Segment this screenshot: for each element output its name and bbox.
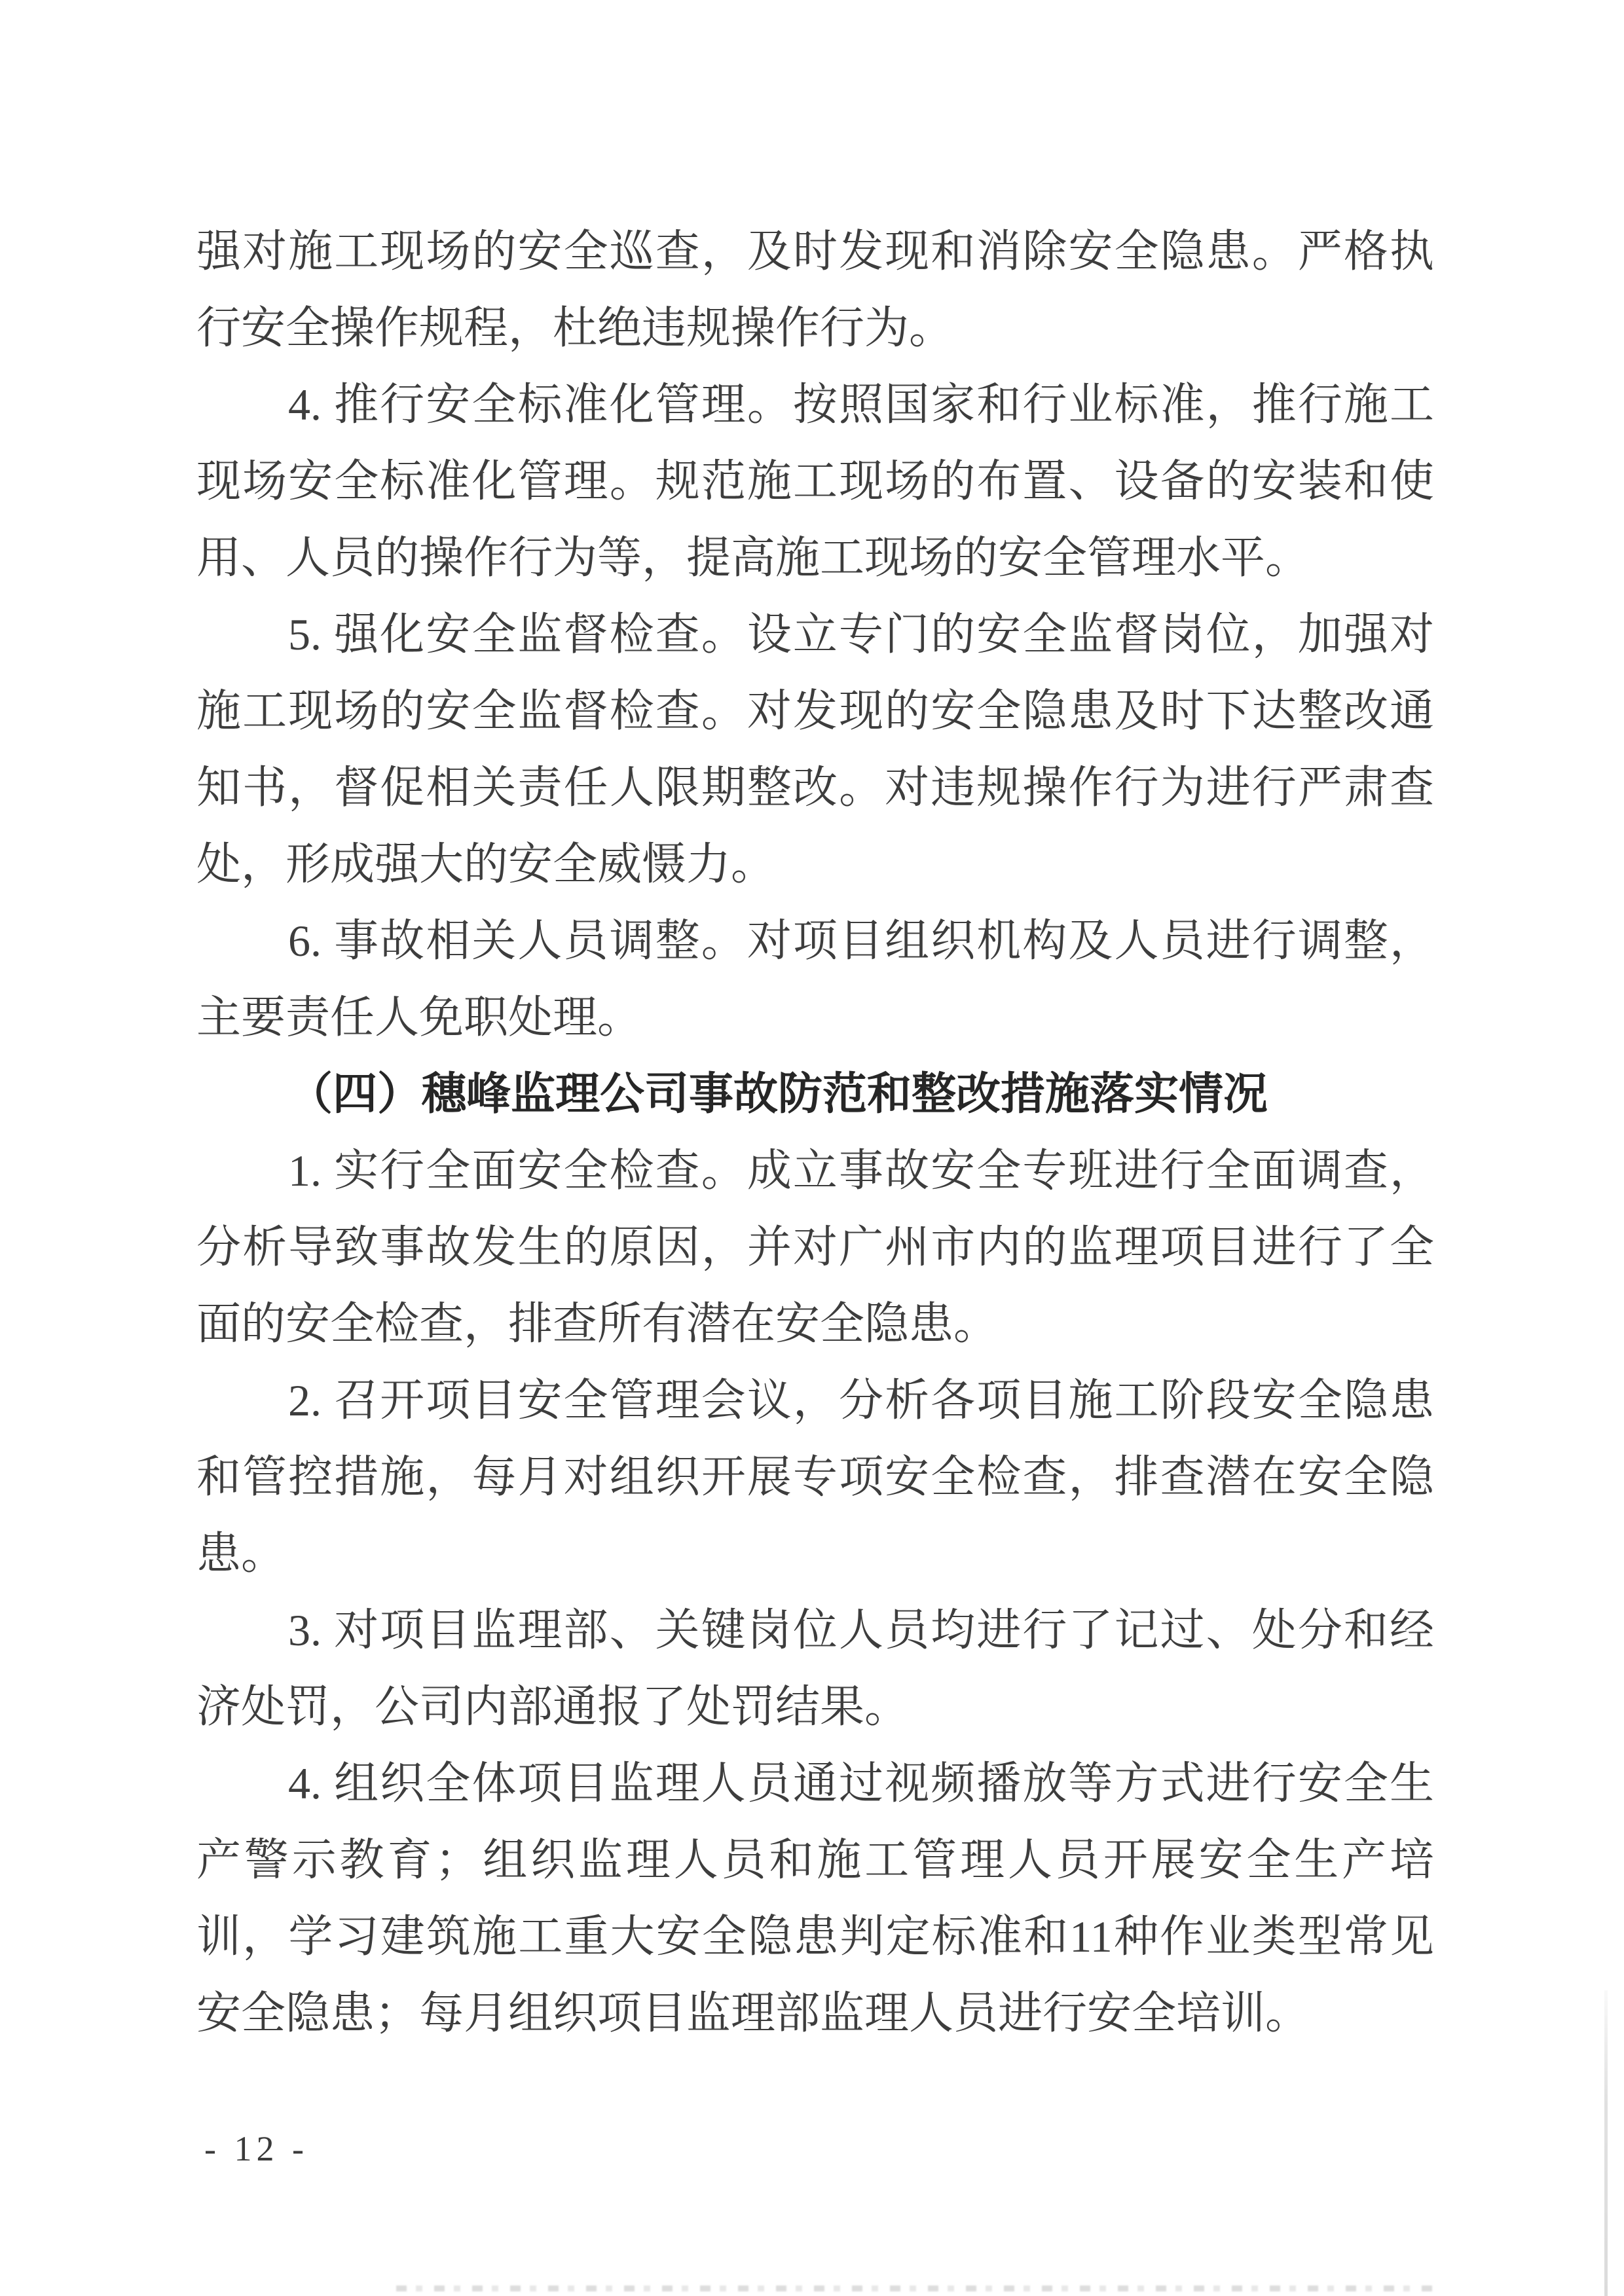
text-line-2: 行安全操作规程，杜绝违规操作行为。 [196,290,1434,367]
text-line-22: 产警示教育；组织监理人员和施工管理人员开展安全生产培 [196,1822,1434,1899]
text-line-1: 强对施工现场的安全巡查，及时发现和消除安全隐患。严格执 [196,213,1434,290]
text-line-11: 主要责任人免职处理。 [196,979,1434,1056]
text-line-10: 6. 事故相关人员调整。对项目组织机构及人员进行调整， [196,903,1434,979]
text-line-20: 济处罚，公司内部通报了处罚结果。 [196,1669,1434,1745]
text-line-24: 安全隐患；每月组织项目监理部监理人员进行安全培训。 [196,1975,1434,2052]
scan-edge-line-artifact [1604,1990,1608,2296]
text-line-5: 用、人员的操作行为等，提高施工现场的安全管理水平。 [196,520,1434,596]
document-text-block: 强对施工现场的安全巡查，及时发现和消除安全隐患。严格执行安全操作规程，杜绝违规操… [196,213,1434,2052]
text-line-8: 知书，督促相关责任人限期整改。对违规操作行为进行严肃查 [196,750,1434,826]
text-line-23: 训，学习建筑施工重大安全隐患判定标准和11种作业类型常见 [196,1899,1434,1975]
text-line-12: （四）穗峰监理公司事故防范和整改措施落实情况 [196,1056,1434,1133]
document-page: 强对施工现场的安全巡查，及时发现和消除安全隐患。严格执行安全操作规程，杜绝违规操… [0,0,1624,2296]
text-line-3: 4. 推行安全标准化管理。按照国家和行业标准，推行施工 [196,367,1434,443]
page-number: - 12 - [204,2129,308,2168]
text-line-14: 分析导致事故发生的原因，并对广州市内的监理项目进行了全 [196,1209,1434,1286]
text-line-13: 1. 实行全面安全检查。成立事故安全专班进行全面调查， [196,1133,1434,1209]
text-line-19: 3. 对项目监理部、关键岗位人员均进行了记过、处分和经 [196,1592,1434,1669]
text-line-7: 施工现场的安全监督检查。对发现的安全隐患及时下达整改通 [196,673,1434,750]
text-line-9: 处，形成强大的安全威慑力。 [196,826,1434,903]
scan-bleed-artifact [396,2286,1434,2291]
text-line-6: 5. 强化安全监督检查。设立专门的安全监督岗位，加强对 [196,596,1434,673]
text-line-4: 现场安全标准化管理。规范施工现场的布置、设备的安装和使 [196,443,1434,520]
text-line-16: 2. 召开项目安全管理会议，分析各项目施工阶段安全隐患 [196,1362,1434,1439]
text-line-17: 和管控措施，每月对组织开展专项安全检查，排查潜在安全隐 [196,1439,1434,1516]
text-line-15: 面的安全检查，排查所有潜在安全隐患。 [196,1286,1434,1362]
text-line-18: 患。 [196,1516,1434,1592]
text-line-21: 4. 组织全体项目监理人员通过视频播放等方式进行安全生 [196,1745,1434,1822]
